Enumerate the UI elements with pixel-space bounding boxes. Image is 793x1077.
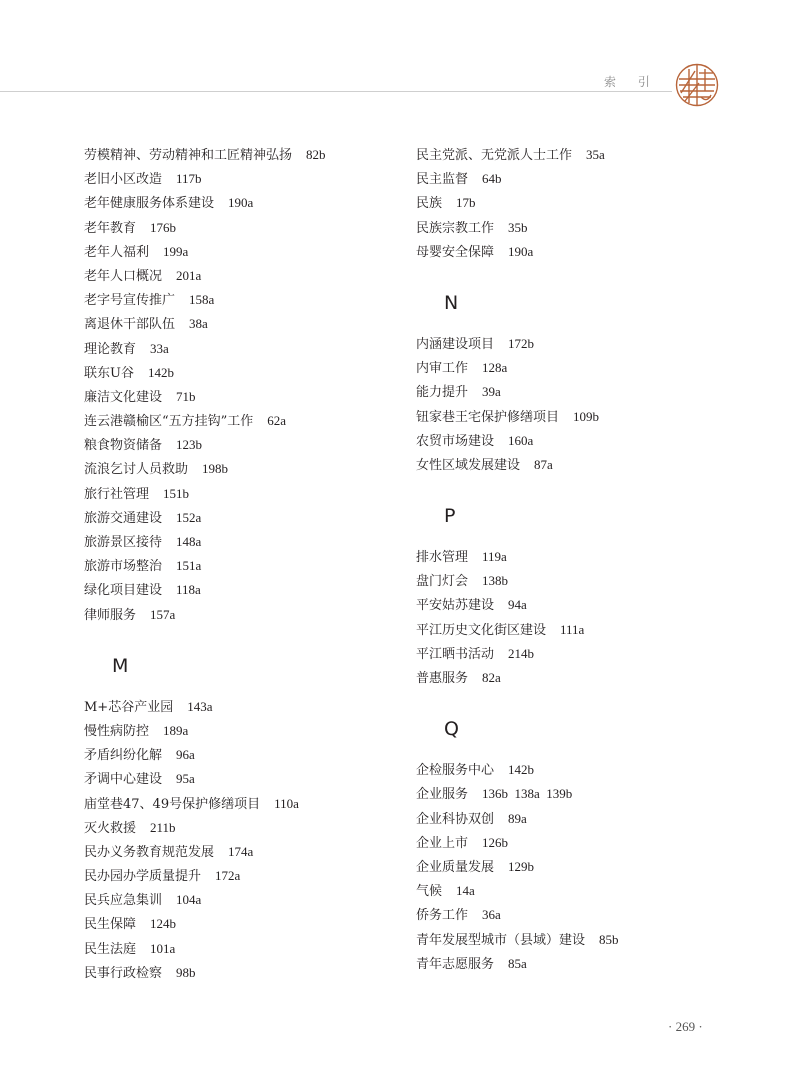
index-entry: 旅游市场整治151a [84,556,326,580]
index-entry: 平江晒书活动214b [416,644,619,668]
index-term: 老字号宣传推广 [84,293,175,308]
index-page-ref: 189a [163,723,188,738]
index-page-ref: 101a [150,941,175,956]
index-page-ref: 128a [482,360,507,375]
index-page-ref: 87a [534,457,553,472]
index-term: 老年健康服务体系建设 [84,196,214,211]
index-term: 离退休干部队伍 [84,317,175,332]
index-entry: 连云港赣榆区“五方挂钩”工作62a [84,411,326,435]
index-term: 民生保障 [84,917,136,932]
index-term: 民生法庭 [84,942,136,957]
index-term: 旅行社管理 [84,487,149,502]
index-page-ref: 190a [508,244,533,259]
index-term: 绿化项目建设 [84,583,162,598]
index-entry: 钮家巷王宅保护修缮项目109b [416,407,619,431]
index-page-ref: 176b [150,220,176,235]
index-page-ref: 211b [150,820,176,835]
index-term: 粮食物资储备 [84,438,162,453]
index-entry: 侨务工作36a [416,905,619,929]
section-letter-n: N [444,288,619,318]
index-page-ref: 36a [482,907,501,922]
index-entry: 旅游交通建设152a [84,508,326,532]
index-entry: 劳模精神、劳动精神和工匠精神弘扬82b [84,145,326,169]
index-entry: 民办园办学质量提升172a [84,866,326,890]
index-page-ref: 17b [456,195,476,210]
index-term: 老年人口概况 [84,269,162,284]
index-term: 普惠服务 [416,671,468,686]
index-page-ref: 98b [176,965,196,980]
section-letter-p: P [444,501,619,531]
index-term: 老旧小区改造 [84,172,162,187]
index-term: 劳模精神、劳动精神和工匠精神弘扬 [84,148,292,163]
index-term: 女性区域发展建设 [416,458,520,473]
index-term: 青年志愿服务 [416,957,494,972]
index-page-ref: 118a [176,582,201,597]
header-rule [0,91,672,92]
index-entry: 老年人福利199a [84,242,326,266]
index-column-left: 劳模精神、劳动精神和工匠精神弘扬82b老旧小区改造117b老年健康服务体系建设1… [84,145,326,987]
index-term: 旅游景区接待 [84,535,162,550]
index-term: 矛盾纠纷化解 [84,748,162,763]
index-page-ref: 14a [456,883,475,898]
index-page-ref: 94a [508,597,527,612]
index-term: 流浪乞讨人员救助 [84,462,188,477]
index-entry: 气候14a [416,881,619,905]
index-entry: 老旧小区改造117b [84,169,326,193]
index-term: 能力提升 [416,385,468,400]
index-page-ref: 172b [508,336,534,351]
index-term: 庙堂巷47、49号保护修缮项目 [84,797,260,812]
index-term: 民族宗教工作 [416,221,494,236]
index-page-ref: 124b [150,916,176,931]
index-entry: 粮食物资储备123b [84,435,326,459]
index-column-right: 民主党派、无党派人士工作35a民主监督64b民族17b民族宗教工作35b母婴安全… [416,145,619,978]
index-entry: M+芯谷产业园143a [84,697,326,721]
index-page-ref: 117b [176,171,202,186]
section-letter-m: M [112,651,326,681]
index-page-ref: 129b [508,859,534,874]
index-entry: 矛调中心建设95a [84,769,326,793]
index-page-ref: 190a [228,195,253,210]
index-entry: 平江历史文化街区建设111a [416,620,619,644]
index-page-ref: 174a [228,844,253,859]
index-entry: 农贸市场建设160a [416,431,619,455]
index-term: 平江晒书活动 [416,647,494,662]
index-page-ref: 64b [482,171,502,186]
index-entry: 企业质量发展129b [416,857,619,881]
index-entry: 民主监督64b [416,169,619,193]
index-entry: 内涵建设项目172b [416,334,619,358]
index-term: 民族 [416,196,442,211]
index-entry: 民主党派、无党派人士工作35a [416,145,619,169]
index-group-m: M+芯谷产业园143a慢性病防控189a矛盾纠纷化解96a矛调中心建设95a庙堂… [84,697,326,987]
index-term: 企业质量发展 [416,860,494,875]
index-page-ref: 104a [176,892,201,907]
index-term: 平安姑苏建设 [416,598,494,613]
index-entry: 排水管理119a [416,547,619,571]
index-group-q: 企检服务中心142b企业服务136b 138a 139b企业科协双创89a企业上… [416,760,619,978]
index-term: 农贸市场建设 [416,434,494,449]
index-entry: 廉洁文化建设71b [84,387,326,411]
index-page-ref: 35a [586,147,605,162]
index-group-m-continued: 民主党派、无党派人士工作35a民主监督64b民族17b民族宗教工作35b母婴安全… [416,145,619,266]
index-page-ref: 157a [150,607,175,622]
index-term: 气候 [416,884,442,899]
index-entry: 矛盾纠纷化解96a [84,745,326,769]
index-entry: 内审工作128a [416,358,619,382]
index-page-ref: 143a [187,699,212,714]
index-entry: 离退休干部队伍38a [84,314,326,338]
index-page-ref: 126b [482,835,508,850]
index-term: 盘门灯会 [416,574,468,589]
index-entry: 女性区域发展建设87a [416,455,619,479]
index-term: 企业科协双创 [416,812,494,827]
index-term: 民办义务教育规范发展 [84,845,214,860]
index-term: 律师服务 [84,608,136,623]
index-group-l: 劳模精神、劳动精神和工匠精神弘扬82b老旧小区改造117b老年健康服务体系建设1… [84,145,326,629]
index-page-ref: 198b [202,461,228,476]
index-term: 民主党派、无党派人士工作 [416,148,572,163]
index-entry: 企业服务136b 138a 139b [416,784,619,808]
index-term: 旅游交通建设 [84,511,162,526]
index-entry: 灭火救援211b [84,818,326,842]
index-page-ref: 172a [215,868,240,883]
index-page-ref: 151b [163,486,189,501]
index-entry: 老年人口概况201a [84,266,326,290]
index-term: 侨务工作 [416,908,468,923]
index-page-ref: 158a [189,292,214,307]
index-term: 企业服务 [416,787,468,802]
index-entry: 民族17b [416,193,619,217]
index-page-ref: 119a [482,549,507,564]
index-page-ref: 95a [176,771,195,786]
index-entry: 流浪乞讨人员救助198b [84,459,326,483]
index-group-n: 内涵建设项目172b内审工作128a能力提升39a钮家巷王宅保护修缮项目109b… [416,334,619,479]
index-page-ref: 85a [508,956,527,971]
index-page-ref: 82b [306,147,326,162]
index-term: 企业上市 [416,836,468,851]
index-term: 老年教育 [84,221,136,236]
index-page-ref: 82a [482,670,501,685]
index-entry: 青年志愿服务85a [416,954,619,978]
index-entry: 旅游景区接待148a [84,532,326,556]
index-term: 联东U谷 [84,366,134,381]
index-page-ref: 199a [163,244,188,259]
index-term: 排水管理 [416,550,468,565]
index-entry: 企业科协双创89a [416,809,619,833]
index-page-ref: 136b 138a 139b [482,786,572,801]
index-page-ref: 142b [508,762,534,777]
index-term: 内审工作 [416,361,468,376]
index-term: 民兵应急集训 [84,893,162,908]
index-term: 旅游市场整治 [84,559,162,574]
index-entry: 旅行社管理151b [84,484,326,508]
index-term: 理论教育 [84,342,136,357]
index-term: 母婴安全保障 [416,245,494,260]
index-entry: 绿化项目建设118a [84,580,326,604]
index-page-ref: 148a [176,534,201,549]
index-entry: 民生法庭101a [84,939,326,963]
index-entry: 母婴安全保障190a [416,242,619,266]
index-page-ref: 109b [573,409,599,424]
index-entry: 慢性病防控189a [84,721,326,745]
index-term: 民办园办学质量提升 [84,869,201,884]
index-page-ref: 85b [599,932,619,947]
index-entry: 平安姑苏建设94a [416,595,619,619]
index-entry: 青年发展型城市（县域）建设85b [416,930,619,954]
seal-icon [675,63,719,107]
index-entry: 能力提升39a [416,382,619,406]
index-term: 民事行政检察 [84,966,162,981]
index-page-ref: 110a [274,796,299,811]
index-page-ref: 38a [189,316,208,331]
index-page-ref: 151a [176,558,201,573]
index-group-p: 排水管理119a盘门灯会138b平安姑苏建设94a平江历史文化街区建设111a平… [416,547,619,692]
index-entry: 企业上市126b [416,833,619,857]
index-entry: 普惠服务82a [416,668,619,692]
index-entry: 民兵应急集训104a [84,890,326,914]
index-term: 青年发展型城市（县域）建设 [416,933,585,948]
index-term: 廉洁文化建设 [84,390,162,405]
index-page-ref: 96a [176,747,195,762]
index-page-ref: 138b [482,573,508,588]
index-term: 灭火救援 [84,821,136,836]
index-term: 民主监督 [416,172,468,187]
index-term: M+芯谷产业园 [84,700,173,715]
index-entry: 企检服务中心142b [416,760,619,784]
index-entry: 老年教育176b [84,218,326,242]
index-entry: 民事行政检察98b [84,963,326,987]
section-letter-q: Q [444,714,619,744]
index-page-ref: 123b [176,437,202,452]
index-entry: 律师服务157a [84,605,326,629]
index-entry: 理论教育33a [84,339,326,363]
index-page-ref: 160a [508,433,533,448]
index-page-ref: 33a [150,341,169,356]
page-number: · 269 · [668,1019,703,1035]
index-page-ref: 152a [176,510,201,525]
index-term: 连云港赣榆区“五方挂钩”工作 [84,414,253,429]
index-page-ref: 111a [560,622,584,637]
index-page-ref: 39a [482,384,501,399]
index-entry: 联东U谷142b [84,363,326,387]
index-term: 内涵建设项目 [416,337,494,352]
index-entry: 民族宗教工作35b [416,218,619,242]
index-page-ref: 214b [508,646,534,661]
index-entry: 庙堂巷47、49号保护修缮项目110a [84,794,326,818]
index-page-ref: 201a [176,268,201,283]
index-term: 慢性病防控 [84,724,149,739]
index-page-ref: 71b [176,389,196,404]
index-page-ref: 62a [267,413,286,428]
index-term: 老年人福利 [84,245,149,260]
index-page-ref: 89a [508,811,527,826]
index-page-ref: 142b [148,365,174,380]
index-term: 企检服务中心 [416,763,494,778]
index-entry: 民生保障124b [84,914,326,938]
index-term: 钮家巷王宅保护修缮项目 [416,410,559,425]
index-term: 矛调中心建设 [84,772,162,787]
index-entry: 民办义务教育规范发展174a [84,842,326,866]
index-entry: 老字号宣传推广158a [84,290,326,314]
index-term: 平江历史文化街区建设 [416,623,546,638]
index-page-ref: 35b [508,220,528,235]
running-header-title: 索 引 [604,73,659,90]
index-entry: 老年健康服务体系建设190a [84,193,326,217]
index-entry: 盘门灯会138b [416,571,619,595]
